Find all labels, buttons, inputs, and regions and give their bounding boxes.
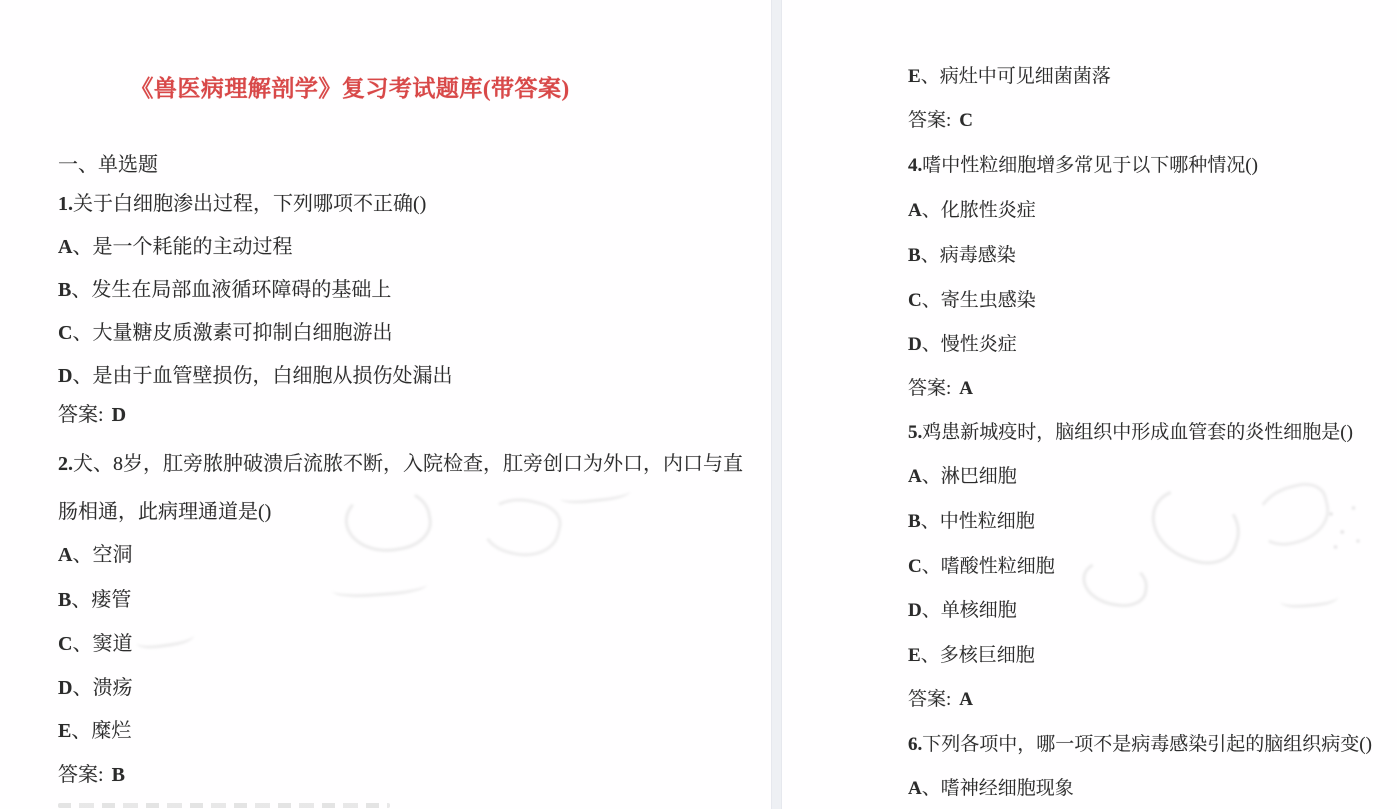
- option-2-a: A、空洞: [58, 543, 132, 567]
- option-5-e: E、多核巨细胞: [908, 645, 1035, 668]
- option-5-b: B、中性粒细胞: [908, 511, 1035, 534]
- scan-artifact: [1279, 586, 1338, 610]
- page-left[interactable]: 《兽医病理解剖学》复习考试题库(带答案) 一、单选题 1.关于白细胞渗出过程，下…: [0, 0, 771, 809]
- option-6-a: A、嗜神经细胞现象: [908, 778, 1074, 801]
- scan-artifact: [1141, 478, 1249, 574]
- answer-2: 答案:B: [58, 763, 125, 787]
- answer-1: 答案:D: [58, 403, 126, 427]
- cutoff-next-line: [58, 803, 390, 808]
- scan-artifact: [1079, 556, 1151, 611]
- answer-4: 答案:A: [908, 378, 973, 401]
- option-3-e: E、病灶中可见细菌菌落: [908, 66, 1111, 89]
- option-4-d: D、慢性炎症: [908, 334, 1017, 357]
- option-5-d: D、单核细胞: [908, 600, 1017, 623]
- scan-artifact: [135, 624, 195, 651]
- option-5-c: C、嗜酸性粒细胞: [908, 556, 1055, 579]
- option-2-d: D、溃疡: [58, 676, 132, 700]
- option-1-c: C、大量糖皮质激素可抑制白细胞游出: [58, 321, 392, 345]
- option-4-c: C、寄生虫感染: [908, 290, 1036, 313]
- scan-artifact: [331, 572, 427, 600]
- question-1: 1.关于白细胞渗出过程，下列哪项不正确(): [58, 192, 426, 216]
- scan-artifact: [340, 481, 436, 559]
- option-2-b: B、瘘管: [58, 588, 131, 612]
- question-2-line-1: 2.犬、8岁，肛旁脓肿破溃后流脓不断，入院检查，肛旁创口为外口，内口与直: [58, 452, 743, 476]
- question-6: 6.下列各项中，哪一项不是病毒感染引起的脑组织病变(): [908, 734, 1372, 757]
- document-viewer: 《兽医病理解剖学》复习考试题库(带答案) 一、单选题 1.关于白细胞渗出过程，下…: [0, 0, 1397, 809]
- answer-3: 答案:C: [908, 110, 973, 133]
- option-1-d: D、是由于血管壁损伤，白细胞从损伤处漏出: [58, 364, 452, 388]
- scan-artifact: [476, 489, 566, 564]
- question-5: 5.鸡患新城疫时，脑组织中形成血管套的炎性细胞是(): [908, 422, 1353, 445]
- question-2-line-2: 肠相通，此病理通道是(): [58, 500, 271, 524]
- option-4-b: B、病毒感染: [908, 245, 1016, 268]
- question-4: 4.嗜中性粒细胞增多常见于以下哪种情况(): [908, 155, 1258, 178]
- option-2-e: E、糜烂: [58, 719, 131, 743]
- option-2-c: C、窦道: [58, 632, 132, 656]
- page-title: 《兽医病理解剖学》复习考试题库(带答案): [0, 70, 700, 103]
- scan-artifact: [1322, 496, 1367, 556]
- page-right[interactable]: E、病灶中可见细菌菌落 答案:C 4.嗜中性粒细胞增多常见于以下哪种情况() A…: [782, 0, 1397, 809]
- option-1-a: A、是一个耗能的主动过程: [58, 235, 292, 259]
- scan-artifact: [559, 481, 630, 505]
- scan-artifact: [1248, 478, 1336, 553]
- answer-5: 答案:A: [908, 689, 973, 712]
- option-5-a: A、淋巴细胞: [908, 466, 1017, 489]
- section-heading-single-choice: 一、单选题: [58, 153, 158, 177]
- option-4-a: A、化脓性炎症: [908, 200, 1036, 223]
- option-1-b: B、发生在局部血液循环障碍的基础上: [58, 278, 391, 302]
- page-gap-divider: [771, 0, 782, 809]
